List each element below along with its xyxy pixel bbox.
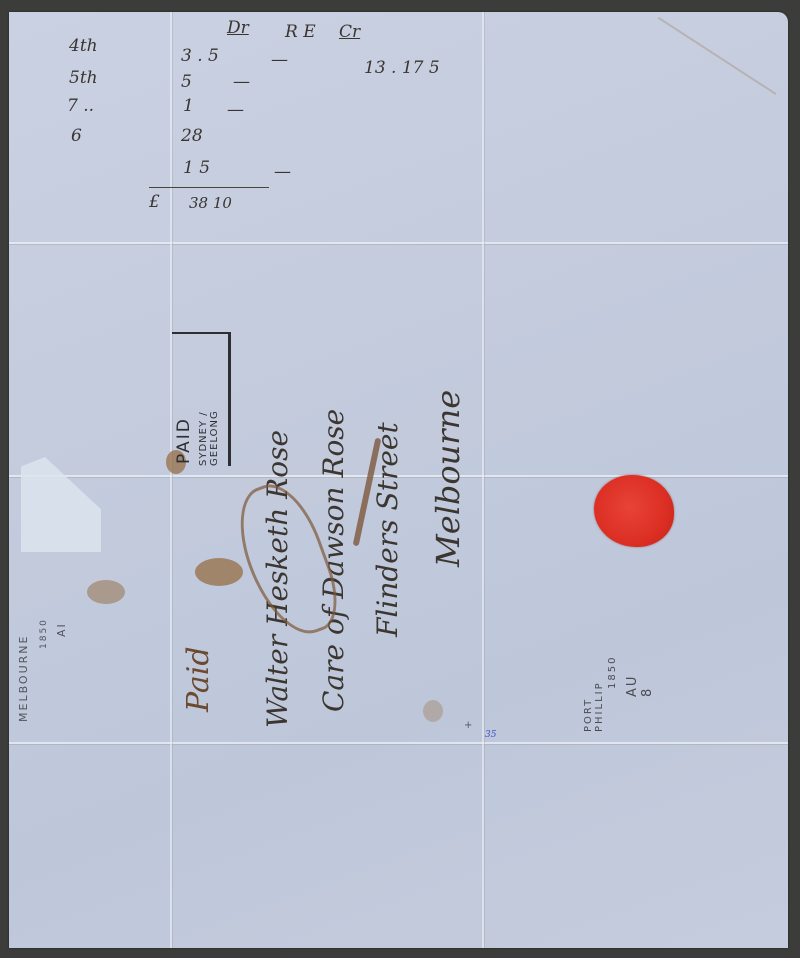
- ledger-row-dr: 5: [181, 72, 192, 92]
- ledger-row-dr: 3 . 5: [181, 46, 219, 66]
- pencil-mark: +: [464, 720, 472, 731]
- address-line-4: Melbourne: [429, 390, 467, 567]
- ledger-row-dr: 1: [183, 96, 194, 116]
- paid-text: PAID: [174, 417, 194, 464]
- fold-line: [9, 242, 788, 244]
- total-value: 38 10: [189, 194, 232, 212]
- ink-stain: [87, 580, 125, 604]
- blue-ink-mark: 35: [485, 730, 496, 740]
- fold-line: [170, 12, 172, 948]
- postmark-year: 1850: [607, 656, 618, 689]
- fold-line: [9, 742, 788, 744]
- paid-manuscript: Paid: [181, 646, 216, 712]
- credit-header: Cr: [339, 22, 360, 42]
- postmark-town: PORT PHILLIP: [583, 666, 605, 732]
- port-phillip-postmark: AU 8 1850 PORT PHILLIP: [569, 627, 649, 737]
- debit-header: Dr: [227, 18, 249, 38]
- ink-stain: [423, 700, 443, 722]
- letter-sheet: Dr R E Cr 4th 3 . 5 — 5th 5 — 7 .. 1 — 6…: [9, 12, 788, 948]
- postmark-town: MELBOURNE: [17, 635, 30, 722]
- postmark-date: AU 8: [625, 673, 655, 697]
- diagonal-crease: [658, 17, 777, 95]
- ledger-row-dr: 1 5: [183, 158, 210, 178]
- paid-handstamp: PAID SYDNEY / GEELONG: [172, 332, 231, 466]
- paper-repair-patch: [21, 457, 101, 552]
- total-rule: [149, 187, 269, 188]
- wax-seal: [594, 475, 674, 547]
- mid-header: R E: [285, 22, 316, 42]
- ink-stain: [195, 558, 243, 586]
- ledger-row-dash: —: [274, 162, 291, 182]
- paid-subtext: SYDNEY / GEELONG: [198, 410, 220, 466]
- fold-line: [482, 12, 484, 948]
- ledger-row-dash: —: [227, 100, 244, 120]
- credit-value: 13 . 17 5: [364, 58, 440, 78]
- ledger-row-label: 4th: [69, 36, 98, 56]
- postmark-year: 1850: [39, 618, 49, 649]
- total-symbol: £: [149, 192, 160, 212]
- ledger-row-dash: —: [271, 50, 288, 70]
- ledger-row-dash: —: [233, 72, 250, 92]
- ledger-row-dr: 28: [181, 126, 203, 146]
- ledger-row-label: 6: [71, 126, 82, 146]
- postmark-date: AI: [55, 622, 68, 637]
- ledger-row-label: 7 ..: [67, 96, 94, 116]
- melbourne-postmark: AI 1850 MELBOURNE: [9, 587, 79, 727]
- ledger-row-label: 5th: [69, 68, 98, 88]
